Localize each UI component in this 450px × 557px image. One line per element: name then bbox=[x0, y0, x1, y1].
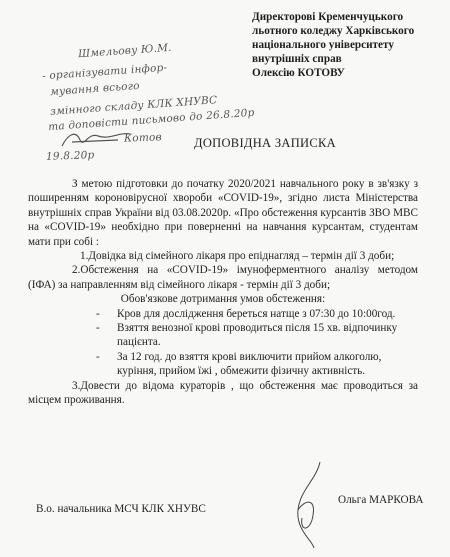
resolution-line: Шмельову Ю.М. bbox=[78, 42, 172, 61]
condition-item: -Кров для дослідження береться натще з 0… bbox=[90, 307, 418, 321]
item-3: 3.Довести до відома кураторів , що обсте… bbox=[28, 379, 418, 408]
conditions-list: -Кров для дослідження береться натще з 0… bbox=[28, 307, 418, 379]
item-1: 1.Довідка від сімейного лікаря про епідн… bbox=[28, 249, 418, 263]
resolution-signer: Котов bbox=[124, 131, 162, 144]
document-page: Директорові Кременчуцького льотного коле… bbox=[0, 0, 450, 557]
addressee-line: внутрішніх справ bbox=[252, 52, 448, 66]
document-title: ДОПОВІДНА ЗАПИСКА bbox=[194, 136, 336, 151]
resolution-line: мування всього bbox=[50, 80, 140, 98]
signature-icon bbox=[290, 460, 330, 552]
document-body: З метою підготовки до початку 2020/2021 … bbox=[28, 177, 418, 408]
addressee-line: Директорові Кременчуцького bbox=[252, 10, 448, 24]
intro-paragraph: З метою підготовки до початку 2020/2021 … bbox=[28, 177, 418, 249]
signer-name: Ольга МАРКОВА bbox=[338, 494, 423, 506]
conditions-heading: Обов'язкове дотримання умов обстеження: bbox=[28, 292, 418, 306]
signer-position: В.о. начальника МСЧ КЛК ХНУВС bbox=[36, 503, 206, 515]
condition-item: -За 12 год. до взяття крові виключити пр… bbox=[90, 350, 418, 379]
resolution-line: - організувати інфор- bbox=[42, 62, 168, 83]
addressee-line: льотного коледжу Харківського bbox=[252, 24, 448, 38]
item-2: 2.Обстеження на «COVID-19» імуноферментн… bbox=[28, 263, 418, 292]
addressee-line: Олексію КОТОВУ bbox=[252, 66, 448, 80]
addressee-line: національного університету bbox=[252, 38, 448, 52]
addressee-block: Директорові Кременчуцького льотного коле… bbox=[252, 10, 448, 80]
condition-item: -Взяття венозної крові проводиться після… bbox=[90, 321, 418, 350]
resolution-date: 19.8.20р bbox=[46, 149, 95, 163]
